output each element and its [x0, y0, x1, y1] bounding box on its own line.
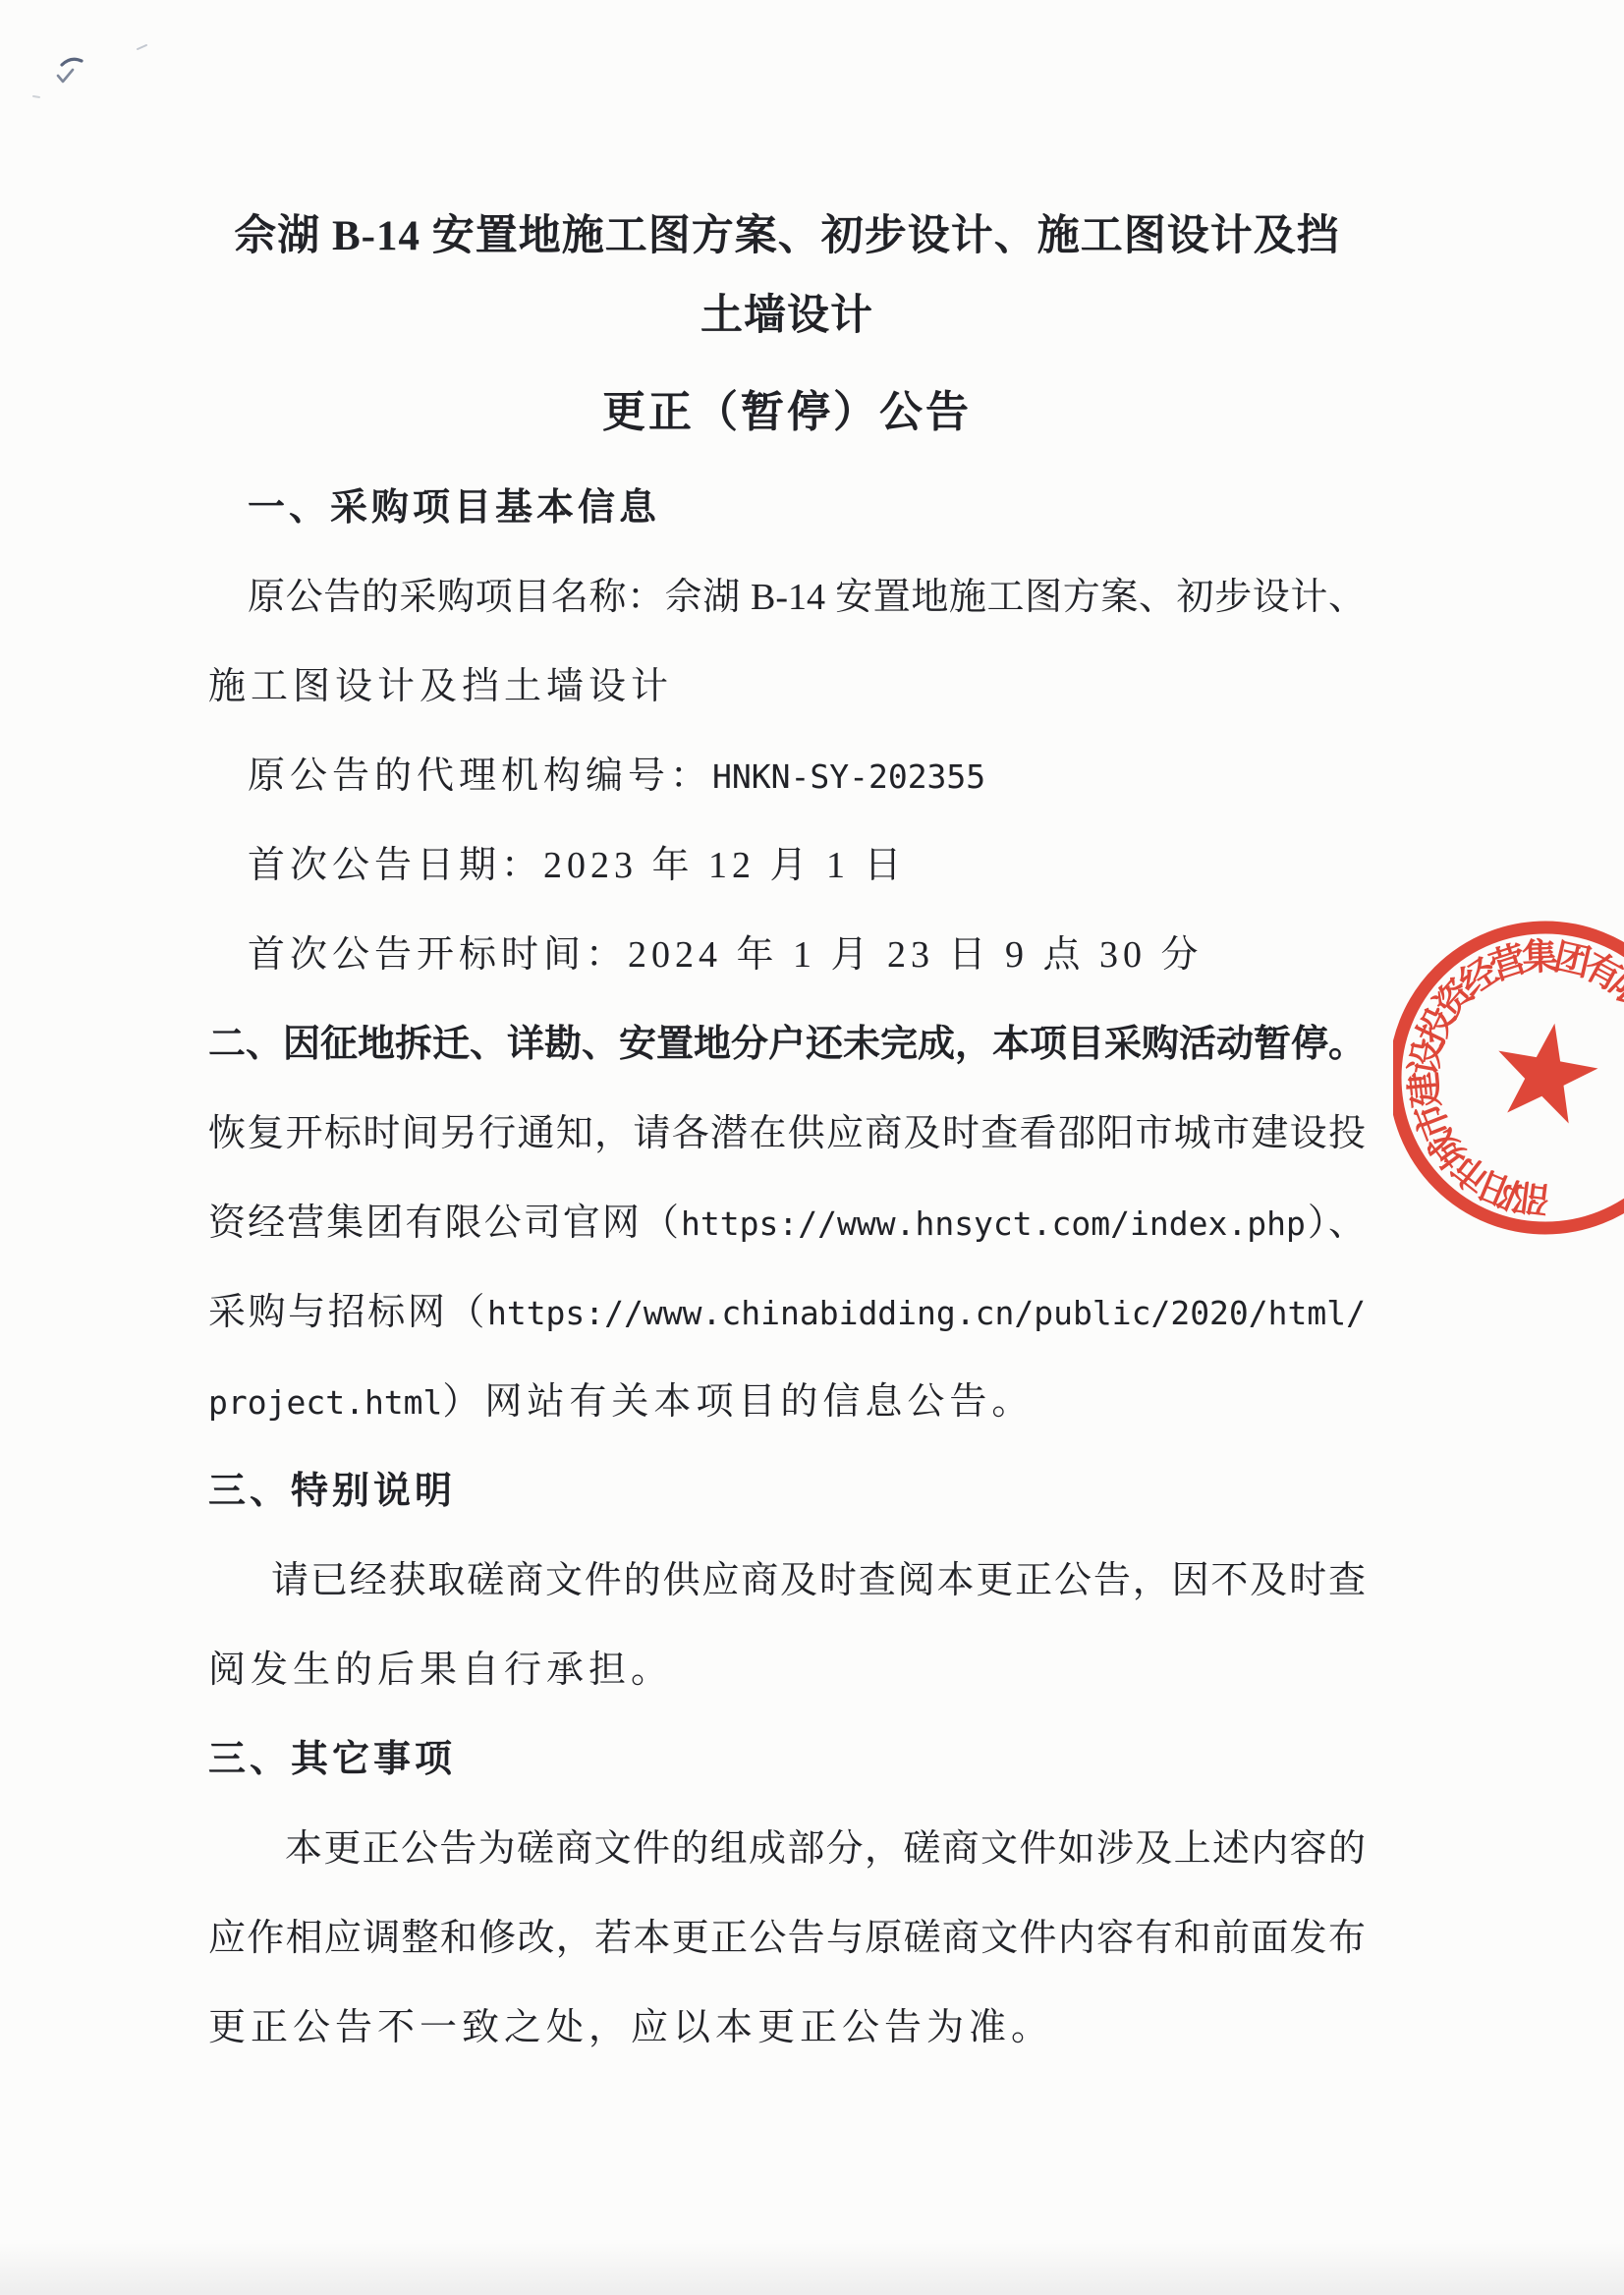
document-subtitle: 更正（暂停）公告 [208, 376, 1366, 449]
cjk-text: 阅发生的后果自行承担。 [208, 1650, 673, 1691]
text-line: 三、特别说明 [208, 1447, 1366, 1537]
document-title: 佘湖 B-14 安置地施工图方案、初步设计、施工图设计及挡 土墙设计 [208, 196, 1366, 356]
cjk-text: 二、因征地拆迁、详勘、安置地分户还未完成，本项目采购活动暂停。 [208, 1024, 1366, 1065]
pen-check-mark [58, 70, 73, 82]
text-line: 请已经获取磋商文件的供应商及时查阅本更正公告，因不及时查 [208, 1537, 1366, 1626]
text-line: 三、其它事项 [208, 1715, 1366, 1805]
text-line: 更正公告不一致之处，应以本更正公告为准。 [208, 1984, 1366, 2073]
cjk-text: 三、其它事项 [208, 1739, 456, 1780]
cjk-text: 原公告的采购项目名称：佘湖 B-14 安置地施工图方案、初步设计、 [248, 577, 1366, 618]
pen-speck [138, 45, 146, 49]
text-line: 阅发生的后果自行承担。 [208, 1626, 1366, 1715]
cjk-text: ）网站有关本项目的信息公告。 [442, 1381, 1034, 1423]
title-line-2: 土墙设计 [208, 276, 1366, 356]
text-line: 恢复开标时间另行通知，请各潜在供应商及时查看邵阳市城市建设投 [208, 1090, 1366, 1179]
cjk-text: 恢复开标时间另行通知，请各潜在供应商及时查看邵阳市城市建设投 [208, 1113, 1366, 1154]
text-line: 原公告的代理机构编号：HNKN-SY-202355 [208, 732, 1366, 821]
text-line: 应作相应调整和修改，若本更正公告与原磋商文件内容有和前面发布 [208, 1894, 1366, 1984]
cjk-text: ）、 [1306, 1203, 1366, 1244]
text-line: 施工图设计及挡土墙设计 [208, 643, 1366, 732]
text-line: 首次公告日期：2023 年 12 月 1 日 [208, 821, 1366, 911]
cjk-text: 三、特别说明 [208, 1471, 456, 1512]
text-line: 二、因征地拆迁、详勘、安置地分户还未完成，本项目采购活动暂停。 [208, 1000, 1366, 1090]
code-text: HNKN-SY-202355 [712, 757, 985, 796]
text-line: 采购与招标网（https://www.chinabidding.cn/publi… [208, 1268, 1366, 1358]
scanned-document-page: 佘湖 B-14 安置地施工图方案、初步设计、施工图设计及挡 土墙设计 更正（暂停… [0, 0, 1624, 2295]
cjk-text: 首次公告日期：2023 年 12 月 1 日 [248, 845, 907, 886]
pen-dash-mark [62, 59, 82, 65]
code-text: https://www.chinabidding.cn/public/2020/… [487, 1294, 1366, 1332]
cjk-text: 首次公告开标时间：2024 年 1 月 23 日 9 点 30 分 [248, 934, 1204, 976]
cjk-text: 一、采购项目基本信息 [248, 487, 660, 529]
code-text: project.html [208, 1383, 442, 1422]
text-line: 资经营集团有限公司官网（https://www.hnsyct.com/index… [208, 1179, 1366, 1268]
document-body: 一、采购项目基本信息原公告的采购项目名称：佘湖 B-14 安置地施工图方案、初步… [208, 464, 1366, 2073]
text-line: 原公告的采购项目名称：佘湖 B-14 安置地施工图方案、初步设计、 [208, 553, 1366, 643]
title-line-1: 佘湖 B-14 安置地施工图方案、初步设计、施工图设计及挡 [208, 196, 1366, 276]
text-line: 首次公告开标时间：2024 年 1 月 23 日 9 点 30 分 [208, 911, 1366, 1000]
pen-scribble-marks [20, 29, 196, 118]
code-text: https://www.hnsyct.com/index.php [681, 1204, 1306, 1243]
official-red-seal: 邵阳市城市建设投资经营集团有限公司 [1393, 921, 1624, 1255]
seal-star-icon [1498, 1024, 1597, 1124]
cjk-text: 本更正公告为磋商文件的组成部分，磋商文件如涉及上述内容的 [285, 1828, 1366, 1870]
cjk-text: 应作相应调整和修改，若本更正公告与原磋商文件内容有和前面发布 [208, 1918, 1366, 1959]
cjk-text: 请已经获取磋商文件的供应商及时查阅本更正公告，因不及时查 [271, 1560, 1366, 1601]
text-line: project.html）网站有关本项目的信息公告。 [208, 1358, 1366, 1447]
cjk-text: 采购与招标网（ [208, 1292, 487, 1333]
cjk-text: 原公告的代理机构编号： [248, 756, 712, 797]
text-line: 一、采购项目基本信息 [208, 464, 1366, 553]
text-line: 本更正公告为磋商文件的组成部分，磋商文件如涉及上述内容的 [208, 1805, 1366, 1894]
cjk-text: 资经营集团有限公司官网（ [208, 1203, 681, 1244]
pen-speck [33, 96, 39, 97]
cjk-text: 更正公告不一致之处，应以本更正公告为准。 [208, 2007, 1053, 2048]
cjk-text: 施工图设计及挡土墙设计 [208, 666, 673, 707]
